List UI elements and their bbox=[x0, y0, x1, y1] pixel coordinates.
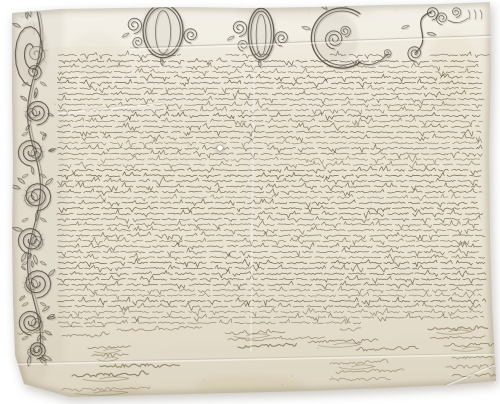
signature-squiggle bbox=[444, 343, 496, 346]
parchment-shadow bbox=[0, 0, 500, 404]
manuscript-render bbox=[0, 0, 500, 404]
signature-squiggle bbox=[238, 343, 296, 348]
signature-squiggle bbox=[62, 332, 109, 337]
signature-squiggle bbox=[72, 371, 148, 377]
signature-squiggle bbox=[340, 328, 361, 331]
signature-squiggle bbox=[117, 326, 202, 331]
signature-squiggle bbox=[100, 364, 179, 368]
signature-squiggle bbox=[330, 377, 390, 381]
signature-squiggle bbox=[330, 359, 388, 365]
parchment-hole bbox=[216, 144, 225, 153]
signature-squiggle bbox=[452, 356, 492, 359]
signature-squiggle bbox=[92, 354, 128, 357]
signature-squiggle bbox=[336, 369, 404, 374]
manuscript-text-lines bbox=[57, 51, 500, 328]
signature-squiggle bbox=[88, 346, 131, 349]
parchment-sheet bbox=[0, 0, 500, 404]
left-border-ornament bbox=[10, 7, 64, 367]
signature-squiggle bbox=[430, 336, 485, 339]
signature-squiggle bbox=[228, 336, 325, 341]
photo-canvas bbox=[0, 0, 500, 404]
signature-squiggle bbox=[356, 346, 418, 351]
